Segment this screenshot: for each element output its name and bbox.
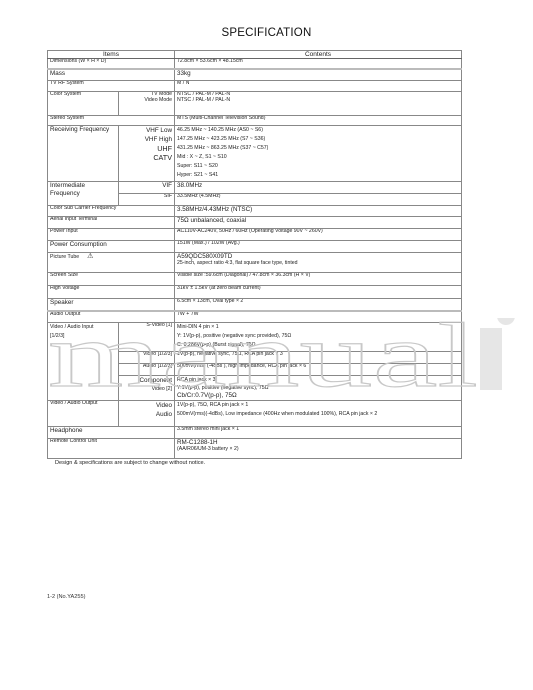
va-output-values: 1V(p-p), 75Ω, RCA pin jack × 1 500mV(rms… (175, 401, 462, 427)
row-value-tv-rf: M / N (175, 81, 462, 92)
table-row: Dimensions (W × H × D) 72.8cm × 53.6cm ×… (48, 59, 462, 69)
row-label-va-output: Video / Audio Output (48, 401, 119, 427)
row-label-receiving: Receiving Frequency (48, 126, 119, 182)
table-row: Video / Audio Input [1/2/3] S-Video [1] … (48, 323, 462, 352)
color-system-sublabels: TV Mode Video Mode (119, 92, 175, 116)
row-label-power-input: Power Input (48, 229, 175, 241)
table-row: Receiving Frequency VHF Low VHF High UHF… (48, 126, 462, 182)
value-catv-hyper: Hyper: S21 ~ S41 (177, 171, 459, 180)
value-vhf-high: 147.25 MHz ~ 423.25 MHz (S7 ~ S36) (177, 135, 459, 144)
table-header-row: Items Contents (48, 51, 462, 59)
component-line1: RCA pin jack × 3 (177, 376, 459, 384)
row-value-speaker: 6.5cm × 13cm, Oval type × 2 (175, 299, 462, 311)
table-row: Color Sub Carrier Frequency 3.58MHz/4.43… (48, 206, 462, 217)
table-row: Stereo System MTS (Multi-Channel Televis… (48, 116, 462, 126)
table-row: Headphone 3.5mm stereo mini jack × 1 (48, 427, 462, 439)
sublabel-video-output: Video (121, 401, 172, 410)
row-label-mass: Mass (48, 69, 175, 81)
page-number: 1-2 (No.YA255) (47, 594, 85, 600)
table-row: High Voltage 31kV ± 1.5kV (at zero beam … (48, 286, 462, 299)
table-row: Color System TV Mode Video Mode NTSC / P… (48, 92, 462, 116)
row-label-picture-tube: Picture Tube⚠ (48, 253, 175, 273)
sublabel-vif: VIF (119, 182, 175, 194)
row-value-audio-output: 7W + 7W (175, 311, 462, 323)
value-audio-input: 500mV(rms) (-4dBs ), high impedance, RCA… (175, 364, 462, 376)
svideo-line3: C: 0.286V(p-p) (Burst signal), 75Ω (177, 341, 459, 350)
sublabel-video-mode: Video Mode (121, 98, 172, 104)
row-label-color-system: Color System (48, 92, 119, 116)
row-label-tv-rf: TV RF System (48, 81, 175, 92)
value-uhf: 431.25 MHz ~ 863.25 MHz (S37 ~ C57) (177, 144, 459, 153)
remote-battery: (AA/R06/UM-3 battery × 2) (177, 447, 459, 453)
table-row: Screen Size Visible size :59.6cm (Diagon… (48, 273, 462, 286)
row-label-power-consumption: Power Consumption (48, 241, 175, 253)
value-catv-super: Super: S11 ~ S20 (177, 162, 459, 171)
sublabel-vhf-low: VHF Low (121, 126, 172, 135)
sublabel-audio-input: Audio [1/2/3] (119, 364, 175, 376)
row-label-color-sub: Color Sub Carrier Frequency (48, 206, 175, 217)
value-video-input: 1V(p-p), negative sync, 75Ω, RCA pin jac… (175, 352, 462, 364)
table-row: Aerial Input Terminal 75Ω unbalanced, co… (48, 217, 462, 229)
row-label-intermediate: Intermediate Frequency (48, 182, 119, 206)
va-input-label-line1: Video / Audio Input (50, 323, 116, 332)
footnote: Design & specifications are subject to c… (55, 460, 205, 466)
receiving-sublabels: VHF Low VHF High UHF CATV (119, 126, 175, 182)
value-catv-mid: Mid : X ~ Z, S1 ~ S10 (177, 153, 459, 162)
picture-tube-desc: 25-inch, aspect ratio 4:3, flat square f… (177, 261, 459, 267)
sublabel-audio-output: Audio (121, 410, 172, 419)
row-value-remote: RM-C1288-1H (AA/R06/UM-3 battery × 2) (175, 439, 462, 459)
value-video-output: 1V(p-p), 75Ω, RCA pin jack × 1 (177, 401, 459, 410)
table-row: Power Input AC110V-AC240V, 50Hz / 60Hz (… (48, 229, 462, 241)
value-vhf-low: 46.25 MHz ~ 140.25 MHz (AS0 ~ S6) (177, 126, 459, 135)
row-value-stereo: MTS (Multi-Channel Television Sound) (175, 116, 462, 126)
row-label-speaker: Speaker (48, 299, 175, 311)
row-value-color-sub: 3.58MHz/4.43MHz (NTSC) (175, 206, 462, 217)
component-label-line1: Component (121, 377, 172, 385)
row-label-screen-size: Screen Size (48, 273, 175, 286)
va-input-label-line2: [1/2/3] (50, 332, 116, 341)
label-intermediate-line2: Frequency (50, 190, 116, 197)
component-label-line2: Video [2] (121, 385, 172, 393)
sublabel-uhf: UHF (121, 144, 172, 153)
row-label-stereo: Stereo System (48, 116, 175, 126)
table-row: Remote Control Unit RM-C1288-1H (AA/R06/… (48, 439, 462, 459)
picture-tube-label: Picture Tube (50, 254, 79, 260)
table-row: TV RF System M / N (48, 81, 462, 92)
sublabel-svideo: S-Video [1] (119, 323, 175, 352)
table-row: Picture Tube⚠ A59QDC580X09TD 25-inch, as… (48, 253, 462, 273)
table-row: Intermediate Frequency VIF 38.0MHz (48, 182, 462, 194)
row-value-high-voltage: 31kV ± 1.5kV (at zero beam current) (175, 286, 462, 299)
row-label-va-input: Video / Audio Input [1/2/3] (48, 323, 119, 401)
table-row: Speaker 6.5cm × 13cm, Oval type × 2 (48, 299, 462, 311)
svideo-line1: Mini-DIN 4 pin × 1 (177, 323, 459, 332)
svideo-line2: Y: 1V(p-p), positive (negative sync prov… (177, 332, 459, 341)
value-vif: 38.0MHz (175, 182, 462, 194)
row-value-aerial: 75Ω unbalanced, coaxial (175, 217, 462, 229)
component-line2: Y:1V(p-p), positive (negative sync), 75Ω (177, 384, 459, 392)
sublabel-component: Component Video [2] (119, 376, 175, 401)
row-value-power-input: AC110V-AC240V, 50Hz / 60Hz (Operating Vo… (175, 229, 462, 241)
va-output-sublabels: Video Audio (119, 401, 175, 427)
row-label-audio-output: Audio Output (48, 311, 175, 323)
row-value-picture-tube: A59QDC580X09TD 25-inch, aspect ratio 4:3… (175, 253, 462, 273)
sublabel-catv: CATV (121, 153, 172, 162)
row-label-high-voltage: High Voltage (48, 286, 175, 299)
row-value-mass: 33kg (175, 69, 462, 81)
table-row: Video / Audio Output Video Audio 1V(p-p)… (48, 401, 462, 427)
sublabel-sif: SIF (119, 194, 175, 206)
component-line3: Cb/Cr:0.7V(p-p), 75Ω (177, 392, 459, 400)
sublabel-vhf-high: VHF High (121, 135, 172, 144)
header-contents: Contents (175, 51, 462, 59)
value-svideo: Mini-DIN 4 pin × 1 Y: 1V(p-p), positive … (175, 323, 462, 352)
value-audio-output: 500mV(rms)(-4dBs), Low impedance (400Hz … (177, 410, 459, 419)
specification-table: Items Contents Dimensions (W × H × D) 72… (47, 50, 462, 459)
color-system-values: NTSC / PAL-M / PAL-N NTSC / PAL-M / PAL-… (175, 92, 462, 116)
table-row: Power Consumption 151W (Max.) / 102W (Av… (48, 241, 462, 253)
value-component: RCA pin jack × 3 Y:1V(p-p), positive (ne… (175, 376, 462, 401)
row-value-dimensions: 72.8cm × 53.6cm × 48.15cm (175, 59, 462, 69)
row-value-power-consumption: 151W (Max.) / 102W (Avg.) (175, 241, 462, 253)
row-label-headphone: Headphone (48, 427, 175, 439)
value-sif: 33.5MHz (4.5MHz) (175, 194, 462, 206)
row-value-screen-size: Visible size :59.6cm (Diagonal) / 47.8cm… (175, 273, 462, 286)
header-items: Items (48, 51, 175, 59)
page-title: SPECIFICATION (0, 27, 533, 39)
receiving-values: 46.25 MHz ~ 140.25 MHz (AS0 ~ S6) 147.25… (175, 126, 462, 182)
row-label-remote: Remote Control Unit (48, 439, 175, 459)
value-video-mode: NTSC / PAL-M / PAL-N (177, 98, 459, 104)
row-label-aerial: Aerial Input Terminal (48, 217, 175, 229)
table-row: Mass 33kg (48, 69, 462, 81)
label-intermediate-line1: Intermediate (50, 182, 116, 189)
row-value-headphone: 3.5mm stereo mini jack × 1 (175, 427, 462, 439)
sublabel-video-input: Video [1/2/3] (119, 352, 175, 364)
table-row: Audio Output 7W + 7W (48, 311, 462, 323)
warning-icon: ⚠ (87, 253, 93, 261)
row-label-dimensions: Dimensions (W × H × D) (48, 59, 175, 69)
